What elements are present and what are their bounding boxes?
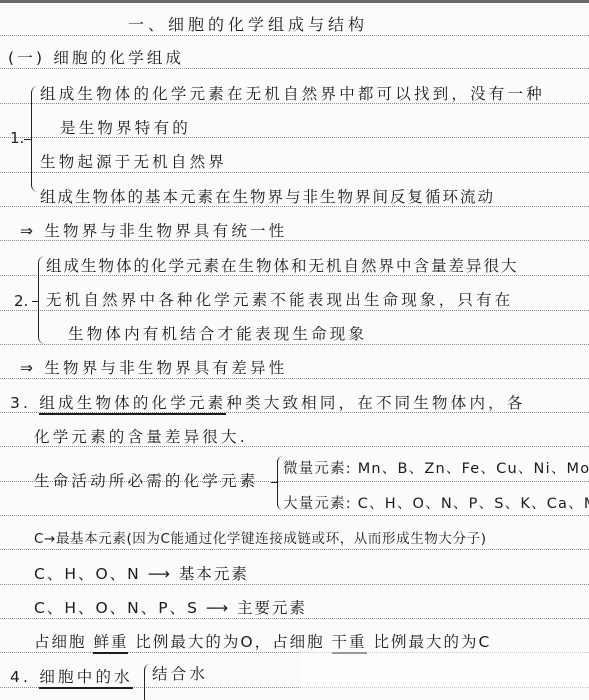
fresh-weight-underlined: 鲜重 (93, 633, 128, 654)
point-1-item-3: 组成生物体的基本元素在生物界与非生物界间反复循环流动 (40, 187, 495, 207)
basic-elements: C、H、O、N ⟶ 基本元素 (34, 564, 249, 584)
point-1-item-1: 组成生物体的化学元素在无机自然界中都可以找到，没有一种 (40, 84, 545, 104)
trace-elements: 微量元素: Mn、B、Zn、Fe、Cu、Ni、Mo 等 (283, 459, 589, 479)
ratio-text-a: 占细胞 (34, 633, 87, 651)
ruled-line (0, 584, 589, 585)
section-heading: (一) 细胞的化学组成 (8, 48, 184, 68)
brace-point-4 (144, 664, 150, 700)
ruled-line (0, 35, 589, 36)
major-elements: 大量元素: C、H、O、N、P、S、K、Ca、Mg (283, 494, 589, 514)
ruled-line (0, 68, 589, 69)
ruled-line (0, 172, 589, 173)
essential-elements-label: 生命活动所必需的化学元素 (34, 471, 258, 491)
point-2-conclusion: ⇒ 生物界与非生物界具有差异性 (20, 358, 287, 378)
notebook-page: 一、细胞的化学组成与结构 (一) 细胞的化学组成 1. 组成生物体的化学元素在无… (0, 0, 589, 700)
brace-tip (271, 482, 277, 483)
page-top-border (0, 0, 589, 3)
brace-tip (24, 139, 31, 140)
point-1-number: 1. (10, 128, 24, 148)
point-2-item-2-cont: 生物体内有机结合才能表现生命现象 (68, 324, 367, 344)
watermark-overlay (300, 652, 589, 688)
ruled-line (0, 618, 589, 619)
point-3-number: 3. (10, 394, 31, 412)
ratio-text-b: 比例最大的为O，占细胞 (135, 633, 324, 651)
point-4-underlined-text: 细胞中的水 (39, 668, 133, 689)
page-title: 一、细胞的化学组成与结构 (128, 15, 368, 35)
ruled-line (0, 310, 589, 311)
point-1-item-2: 生物起源于无机自然界 (40, 152, 227, 172)
point-4-line: 4. 细胞中的水 (10, 667, 133, 687)
point-4-item-1: 结合水 (152, 664, 208, 684)
ratio-text-c: 比例最大的为C (374, 633, 492, 651)
point-4-number: 4. (10, 668, 31, 686)
dry-weight-underlined: 干重 (332, 633, 367, 654)
point-2-number: 2. (14, 291, 28, 311)
ruled-line (0, 549, 589, 550)
point-1-conclusion: ⇒ 生物界与非生物界具有统一性 (20, 221, 287, 241)
point-1-item-1-cont: 是生物界特有的 (60, 118, 191, 138)
brace-point-2 (38, 256, 45, 344)
weight-ratio-note: 占细胞 鲜重 比例最大的为O，占细胞 干重 比例最大的为C (34, 632, 491, 652)
ruled-line (0, 378, 589, 379)
ruled-line (0, 515, 589, 516)
point-3-line-1: 3. 组成生物体的化学元素种类大致相同，在不同生物体内，各 (10, 393, 526, 413)
point-2-item-2: 无机自然界中各种化学元素不能表现出生命现象，只有在 (46, 290, 514, 310)
ruled-line (0, 344, 589, 345)
brace-point-1 (31, 86, 38, 192)
point-2-item-1: 组成生物体的化学元素在生物体和无机自然界中含量差异很大 (46, 256, 519, 276)
carbon-note: C→最基本元素(因为C能通过化学键连接成链或环，从而形成生物大分子) (34, 529, 487, 549)
point-3-underlined-text: 组成生物体的化学元素 (39, 394, 226, 415)
main-elements: C、H、O、N、P、S ⟶ 主要元素 (34, 598, 307, 618)
point-3-rest: 种类大致相同，在不同生物体内，各 (226, 394, 525, 412)
brace-tip (32, 301, 39, 302)
point-3-line-2: 化学元素的含量差异很大. (34, 427, 248, 447)
